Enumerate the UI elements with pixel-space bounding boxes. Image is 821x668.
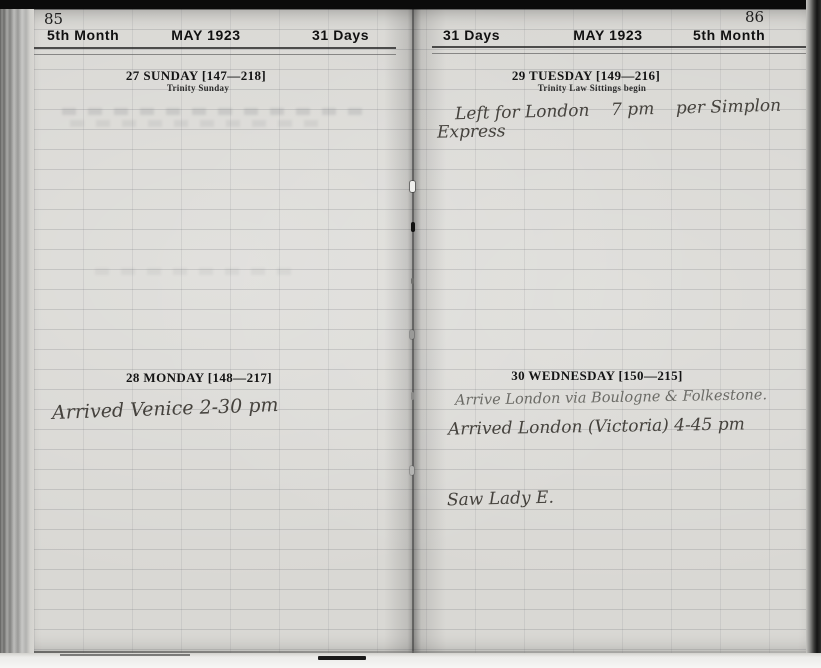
binding-mark xyxy=(318,656,366,660)
header-double-rule-left xyxy=(34,47,396,55)
diary-scan: 85 5th Month MAY 1923 31 Days 27 SUNDAY … xyxy=(0,0,821,668)
day-heading-tuesday: 29 TUESDAY [149—216] xyxy=(512,68,660,84)
book-cover-right-edge xyxy=(806,0,821,662)
page-edge-shadow xyxy=(60,654,190,656)
show-through-smudge xyxy=(70,120,330,127)
binding-stitch xyxy=(411,222,415,232)
month-header-right-title: MAY 1923 xyxy=(573,27,642,43)
month-header-left-ordinal: 5th Month xyxy=(47,27,119,43)
show-through-smudge xyxy=(62,108,372,115)
header-double-rule-right xyxy=(432,46,806,54)
day-heading-sunday: 27 SUNDAY [147—218] xyxy=(126,68,266,84)
page-number-right: 86 xyxy=(745,8,764,26)
day-heading-wednesday: 30 WEDNESDAY [150—215] xyxy=(511,368,683,384)
binding-stitch xyxy=(410,330,414,339)
page-number-left: 85 xyxy=(44,10,63,28)
binding-stitch xyxy=(411,392,414,400)
binding-stitch xyxy=(410,466,414,475)
binding-stitch xyxy=(410,181,415,192)
month-header-left-title: MAY 1923 xyxy=(171,27,240,43)
page-edges-left xyxy=(0,9,34,655)
month-header-left-days: 31 Days xyxy=(312,27,369,43)
diary-entry-wednesday-line3: Saw Lady E. xyxy=(447,488,554,511)
month-header-right-days: 31 Days xyxy=(443,27,500,43)
page-bottom-rule xyxy=(34,651,806,653)
day-heading-monday: 28 MONDAY [148—217] xyxy=(126,370,272,386)
day-subheading-sunday: Trinity Sunday xyxy=(167,83,229,93)
show-through-smudge xyxy=(95,268,295,275)
binding-gutter xyxy=(384,9,446,653)
month-header-right-ordinal: 5th Month xyxy=(693,27,765,43)
book-top-edge xyxy=(0,0,821,9)
day-subheading-tuesday: Trinity Law Sittings begin xyxy=(538,83,646,93)
binding-stitch xyxy=(411,278,414,284)
diary-entry-tuesday-line2: Express xyxy=(437,121,506,142)
